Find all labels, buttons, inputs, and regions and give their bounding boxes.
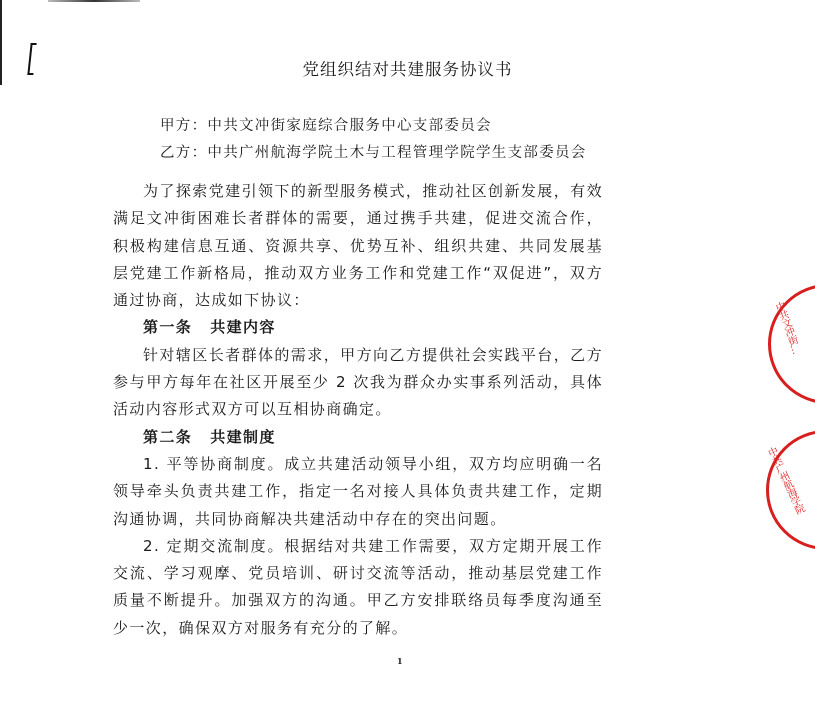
article-2-paragraph-1: 1. 平等协商制度。成立共建活动领导小组，双方均应明确一名领导牵头负责共建工作，…	[113, 451, 603, 533]
article-title: 共建内容	[210, 318, 276, 336]
red-seal-stamp: 中共广州航海学院	[766, 430, 815, 550]
party-b: 乙方：中共广州航海学院土木与工程管理学院学生支部委员会	[160, 141, 587, 162]
seal-text: 中共广州航海学院	[764, 446, 803, 515]
article-1-heading: 第一条共建内容	[113, 314, 603, 341]
scan-top-edge	[48, 0, 140, 2]
party-a: 甲方：中共文冲街家庭综合服务中心支部委员会	[160, 114, 492, 135]
page-number: 1	[397, 656, 403, 666]
article-number: 第二条	[143, 428, 192, 446]
document-body: 为了探索党建引领下的新型服务模式，推动社区创新发展，有效满足文冲街困难长者群体的…	[113, 178, 603, 642]
article-1-paragraph: 针对辖区长者群体的需求，甲方向乙方提供社会实践平台，乙方参与甲方每年在社区开展至…	[113, 342, 603, 424]
article-2-paragraph-2: 2. 定期交流制度。根据结对共建工作需要，双方定期开展工作交流、学习观摩、党员培…	[113, 533, 603, 642]
intro-paragraph: 为了探索党建引领下的新型服务模式，推动社区创新发展，有效满足文冲街困难长者群体的…	[113, 178, 603, 314]
article-title: 共建制度	[210, 428, 276, 446]
article-2-heading: 第二条共建制度	[113, 424, 603, 451]
article-number: 第一条	[143, 318, 192, 336]
seal-text: 中共文冲街…	[772, 301, 800, 355]
red-seal-stamp: 中共文冲街…	[768, 284, 815, 404]
document-title: 党组织结对共建服务协议书	[0, 56, 815, 80]
